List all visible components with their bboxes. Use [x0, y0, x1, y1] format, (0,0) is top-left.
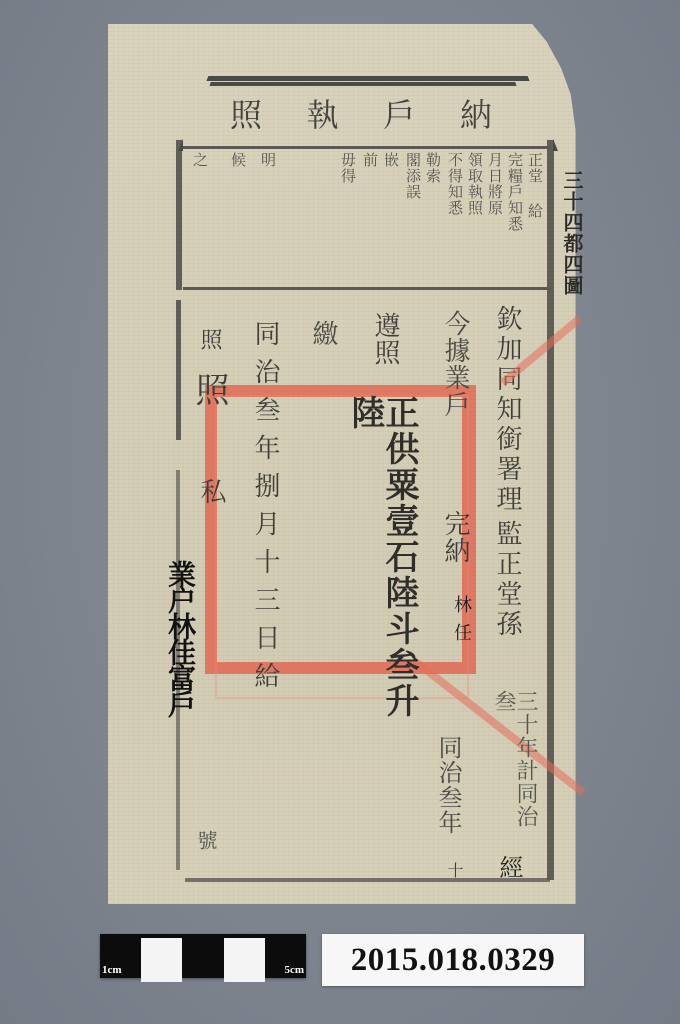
date-column: 同治叁年捌月十三日給 [252, 320, 278, 780]
handwritten-taxpayer-name: 業户林佳富戶 [166, 560, 194, 750]
bottom-small-mark: 十 [446, 862, 462, 882]
reign-year-column: 同治叁年 [436, 735, 460, 855]
title-char: 執 [307, 90, 347, 136]
scale-segment [141, 938, 182, 982]
name-char: 林 [451, 595, 472, 623]
center-column: 完納 [442, 510, 468, 600]
left-border-mid [176, 300, 181, 440]
rules-column: 不得知悉 [447, 152, 462, 282]
rules-column: 候 [230, 152, 245, 282]
scale-segment: 1cm [100, 934, 141, 978]
rules-column: 前 [362, 152, 377, 282]
catalog-number-label: 2015.018.0329 [322, 934, 584, 986]
scale-label-1cm: 1cm [102, 964, 122, 976]
title-char: 照 [230, 90, 270, 136]
scale-segment [182, 934, 223, 978]
official-name-column: 監正堂孫 [494, 520, 520, 640]
rules-column: 毋得 [340, 152, 355, 282]
scale-bar: 1cm 5cm [100, 934, 306, 978]
scale-segment: 5cm [265, 934, 306, 978]
private-label: 私 [198, 478, 224, 518]
rules-column: 之 [192, 152, 207, 282]
scale-label-5cm: 5cm [284, 964, 304, 976]
title-char: 納 [460, 90, 500, 136]
serial-mark: 號 [196, 830, 216, 870]
handwritten-name: 林任 [452, 595, 470, 665]
bottom-char: 經 [497, 855, 521, 885]
title-char: 戶 [383, 90, 423, 136]
rules-column: 明 [260, 152, 275, 282]
rules-column: 完糧戶知悉 [507, 152, 522, 282]
right-edge-column: 三十四都四圖 [562, 170, 582, 390]
name-char: 任 [451, 623, 472, 651]
center-column: 繳 [310, 320, 336, 440]
rules-column: 月日將原 [487, 152, 502, 282]
rules-column: 勒索 [425, 152, 440, 282]
left-label-large: 照 [192, 372, 226, 442]
rules-column: 領取執照 [467, 152, 482, 282]
rules-column: 正堂 給 [527, 152, 542, 282]
center-column: 遵照 [372, 312, 398, 392]
rules-column: 嵌 [383, 152, 398, 282]
rules-column: 閣添誤 [405, 152, 420, 282]
catalog-number: 2015.018.0329 [351, 942, 556, 979]
left-border-top [176, 140, 182, 290]
bottom-right-column: 三十年計同治叁 [492, 690, 536, 850]
scale-segment [224, 938, 265, 982]
tax-amount-column: 正供粟壹石陸斗叁升陸 [348, 395, 416, 735]
center-column: 今據業戶 [442, 310, 468, 510]
document-title: 納 戶 執 照 [230, 88, 500, 138]
